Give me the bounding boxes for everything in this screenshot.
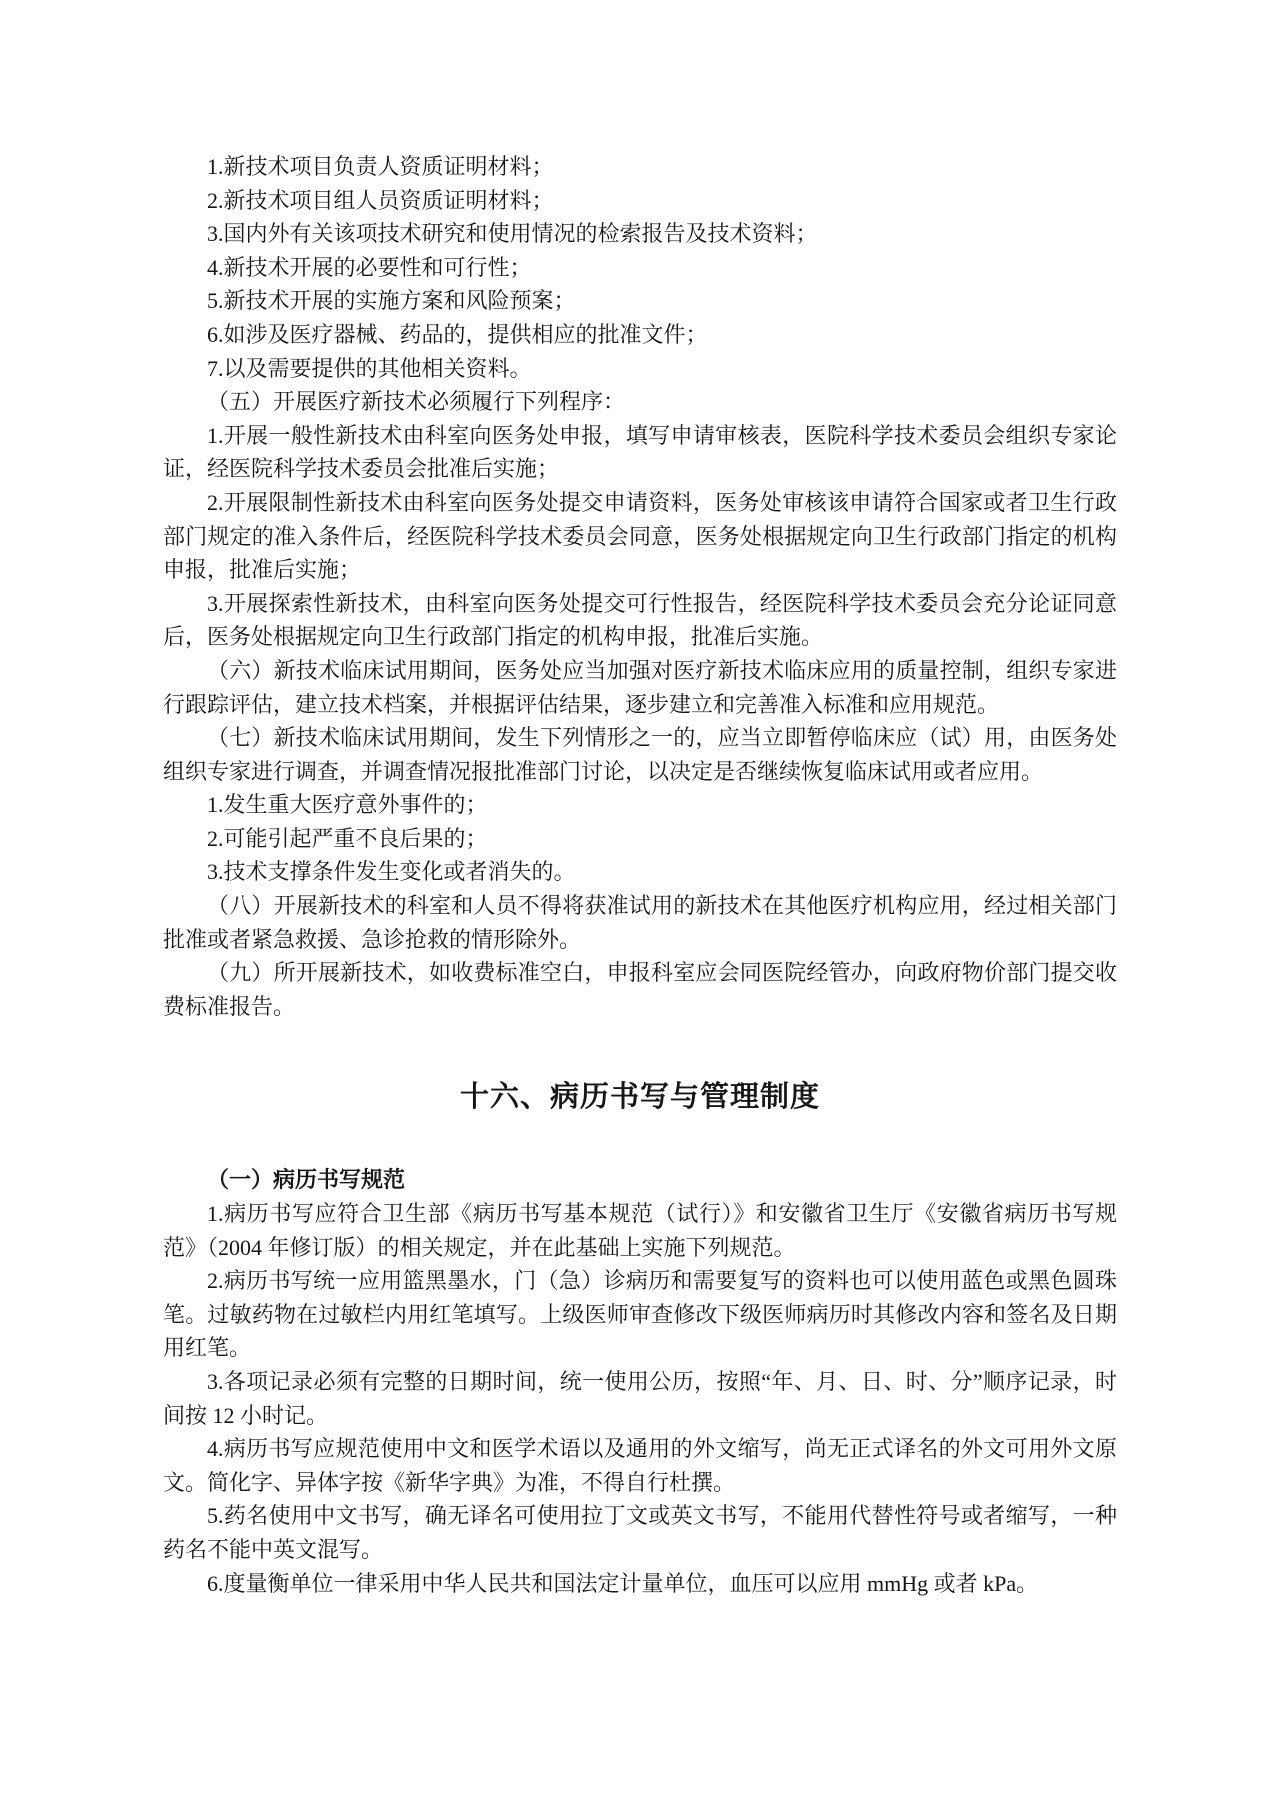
list-item-paragraph: 3.技术支撑条件发生变化或者消失的。 — [163, 855, 1117, 889]
list-item-paragraph: 7.以及需要提供的其他相关资料。 — [163, 352, 1117, 386]
list-item-paragraph: 6.度量衡单位一律采用中华人民共和国法定计量单位，血压可以应用 mmHg 或者 … — [163, 1567, 1117, 1601]
list-item-paragraph: 5.药名使用中文书写，确无译名可使用拉丁文或英文书写，不能用代替性符号或者缩写，… — [163, 1499, 1117, 1566]
list-item-paragraph: 1.病历书写应符合卫生部《病历书写基本规范（试行）》和安徽省卫生厅《安徽省病历书… — [163, 1197, 1117, 1264]
list-item-paragraph: 2.新技术项目组人员资质证明材料； — [163, 184, 1117, 218]
chapter-heading: 十六、病历书写与管理制度 — [163, 1077, 1117, 1117]
list-item-paragraph: 4.新技术开展的必要性和可行性； — [163, 251, 1117, 285]
list-item-paragraph: 6.如涉及医疗器械、药品的，提供相应的批准文件； — [163, 318, 1117, 352]
section-body: 1.病历书写应符合卫生部《病历书写基本规范（试行）》和安徽省卫生厅《安徽省病历书… — [163, 1197, 1117, 1600]
list-item-paragraph: 2.病历书写统一应用篮黑墨水，门（急）诊病历和需要复写的资料也可以使用蓝色或黑色… — [163, 1264, 1117, 1365]
list-item-paragraph: 4.病历书写应规范使用中文和医学术语以及通用的外文缩写，尚无正式译名的外文可用外… — [163, 1432, 1117, 1499]
list-item-paragraph: 3.各项记录必须有完整的日期时间，统一使用公历，按照“年、月、日、时、分”顺序记… — [163, 1365, 1117, 1432]
clause-paragraph: （九）所开展新技术，如收费标准空白，申报科室应会同医院经管办，向政府物价部门提交… — [163, 956, 1117, 1023]
pre-heading-section: 1.新技术项目负责人资质证明材料； 2.新技术项目组人员资质证明材料； 3.国内… — [163, 150, 1117, 1023]
list-item-paragraph: 2.可能引起严重不良后果的； — [163, 822, 1117, 856]
list-item-paragraph: 3.开展探索性新技术，由科室向医务处提交可行性报告，经医院科学技术委员会充分论证… — [163, 587, 1117, 654]
clause-paragraph: （七）新技术临床试用期间，发生下列情形之一的，应当立即暂停临床应（试）用，由医务… — [163, 721, 1117, 788]
list-item-paragraph: 5.新技术开展的实施方案和风险预案； — [163, 284, 1117, 318]
clause-paragraph: （五）开展医疗新技术必须履行下列程序： — [163, 385, 1117, 419]
clause-paragraph: （六）新技术临床试用期间，医务处应当加强对医疗新技术临床应用的质量控制，组织专家… — [163, 654, 1117, 721]
list-item-paragraph: 3.国内外有关该项技术研究和使用情况的检索报告及技术资料； — [163, 217, 1117, 251]
list-item-paragraph: 1.发生重大医疗意外事件的； — [163, 788, 1117, 822]
document-page: 1.新技术项目负责人资质证明材料； 2.新技术项目组人员资质证明材料； 3.国内… — [0, 0, 1280, 1810]
list-item-paragraph: 1.新技术项目负责人资质证明材料； — [163, 150, 1117, 184]
list-item-paragraph: 1.开展一般性新技术由科室向医务处申报，填写申请审核表，医院科学技术委员会组织专… — [163, 419, 1117, 486]
section-heading: （一）病历书写规范 — [163, 1163, 1117, 1197]
list-item-paragraph: 2.开展限制性新技术由科室向医务处提交申请资料，医务处审核该申请符合国家或者卫生… — [163, 486, 1117, 587]
clause-paragraph: （八）开展新技术的科室和人员不得将获准试用的新技术在其他医疗机构应用，经过相关部… — [163, 889, 1117, 956]
